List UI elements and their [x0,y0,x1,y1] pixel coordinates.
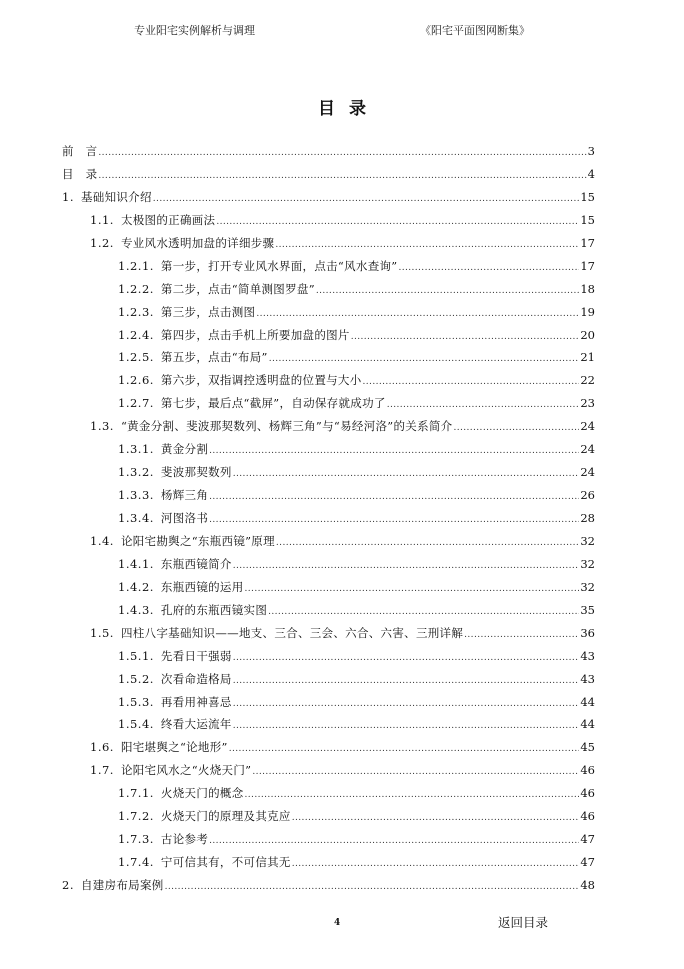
toc-entry[interactable]: 1.4.论阳宅勘舆之“东瓶西镜”原理32 [62,533,595,556]
dot-leader [209,515,579,525]
toc-entry-page: 17 [580,259,595,273]
toc-entry-title: 阳宅堪舆之“论地形” [121,739,228,755]
dot-leader [233,721,580,731]
dot-leader [233,676,580,686]
dot-leader [275,240,579,250]
toc-entry[interactable]: 1.3.3.杨辉三角26 [62,487,595,510]
back-to-toc-link[interactable]: 返回目录 [498,913,548,931]
toc-entry-number: 1.2.6. [118,373,154,387]
toc-entry-number: 1.7.1. [118,786,154,800]
toc-entry[interactable]: 1.4.2.东瓶西镜的运用32 [62,579,595,602]
toc-entry[interactable]: 2.自建房布局案例48 [62,877,595,900]
toc-entry-title: 河图洛书 [161,510,208,526]
toc-entry[interactable]: 1.2.专业风水透明加盘的详细步骤17 [62,235,595,258]
toc-entry-number: 1.3.2. [118,465,154,479]
toc-entry-number: 1.5.3. [118,695,154,709]
toc-entry-page: 19 [580,305,595,319]
toc-entry[interactable]: 1.基础知识介绍15 [62,189,595,212]
toc-entry-number: 1.3. [90,419,114,433]
toc-entry-number: 1.7.2. [118,809,154,823]
toc-entry-page: 47 [580,832,595,846]
toc-entry-number: 1.6. [90,740,114,754]
toc-entry-number: 1.3.4. [118,511,154,525]
dot-leader [316,286,579,296]
toc-entry-title: 次看命造格局 [161,671,232,687]
toc-entry[interactable]: 1.2.5.第五步，点击“布局”21 [62,349,595,372]
toc-entry-number: 1.4. [90,534,114,548]
toc-entry-page: 32 [580,557,595,571]
toc-entry-page: 24 [580,419,595,433]
toc-entry-page: 48 [580,878,595,892]
toc-entry-title: 第三步，点击测图 [161,304,255,320]
toc-entry-number: 1.3.3. [118,488,154,502]
toc-entry-number: 1.7.4. [118,855,154,869]
dot-leader [233,469,580,479]
toc-entry[interactable]: 1.5.4.终看大运流年44 [62,716,595,739]
dot-leader [256,309,579,319]
dot-leader [233,561,580,571]
toc-entry-title: 东瓶西镜的运用 [161,579,244,595]
toc-entry-page: 47 [580,855,595,869]
toc-entry-title: 前 言 [62,143,97,159]
dot-leader [252,767,579,777]
toc-entry[interactable]: 1.3.4.河图洛书28 [62,510,595,533]
page-title: 目录 [0,94,684,119]
toc-entry-title: 第七步，最后点“截屏”，自动保存就成功了 [161,395,386,411]
toc-entry-title: 专业风水透明加盘的详细步骤 [121,235,274,251]
toc-entry[interactable]: 1.1.太极图的正确画法15 [62,212,595,235]
toc-entry[interactable]: 1.5.1.先看日干强弱43 [62,648,595,671]
dot-leader [98,148,586,158]
toc-entry-page: 43 [580,672,595,686]
toc-entry-number: 1.5.4. [118,717,154,731]
dot-leader [209,446,579,456]
toc-entry-page: 22 [580,373,595,387]
toc-entry-page: 26 [580,488,595,502]
dot-leader [229,744,580,754]
toc-entry-title: 第五步，点击“布局” [161,349,268,365]
toc-entry-title: 斐波那契数列 [161,464,232,480]
toc-entry-title: 论阳宅勘舆之“东瓶西镜”原理 [121,533,275,549]
running-header-right: 《阳宅平面图网断集》 [420,22,530,38]
toc-entry[interactable]: 1.2.3.第三步，点击测图19 [62,304,595,327]
toc-entry-title: 第二步，点击“简单测图罗盘” [161,281,315,297]
toc-entry-number: 1.4.2. [118,580,154,594]
toc-entry-title: 终看大运流年 [161,716,232,732]
dot-leader [216,217,579,227]
toc-entry[interactable]: 1.4.3.孔府的东瓶西镜实图35 [62,602,595,625]
toc-entry-title: 杨辉三角 [161,487,208,503]
toc-entry[interactable]: 1.7.3.古论参考47 [62,831,595,854]
dot-leader [351,332,580,342]
toc-entry-title: 古论参考 [161,831,208,847]
toc-entry-page: 46 [580,809,595,823]
toc-entry-title: 四柱八字基础知识——地支、三合、三会、六合、六害、三刑详解 [121,625,463,641]
toc-entry-page: 44 [580,717,595,731]
toc-entry-number: 1.1. [90,213,114,227]
toc-entry-page: 46 [580,763,595,777]
toc-entry-page: 18 [580,282,595,296]
toc-entry-number: 1.7.3. [118,832,154,846]
toc-entry-title: 再看用神喜忌 [161,694,232,710]
toc-entry-page: 46 [580,786,595,800]
toc-entry-title: 黄金分割 [161,441,208,457]
toc-entry-page: 17 [580,236,595,250]
toc-entry-number: 1.2.2. [118,282,154,296]
toc-entry-title: 第四步，点击手机上所要加盘的图片 [161,327,350,343]
toc-entry-page: 45 [580,740,595,754]
toc-entry-page: 4 [588,167,595,181]
toc-entry-number: 1.4.1. [118,557,154,571]
toc-entry-page: 15 [580,190,595,204]
dot-leader [233,653,580,663]
toc-entry-title: 第六步，双指调控透明盘的位置与大小 [161,372,362,388]
toc-entry-page: 28 [580,511,595,525]
toc-entry-number: 1.7. [90,763,114,777]
toc-entry-page: 24 [580,465,595,479]
toc-entry-number: 1.4.3. [118,603,154,617]
toc-entry[interactable]: 1.2.2.第二步，点击“简单测图罗盘”18 [62,281,595,304]
dot-leader [292,859,580,869]
toc-entry-page: 43 [580,649,595,663]
toc-entry[interactable]: 1.2.6.第六步，双指调控透明盘的位置与大小22 [62,372,595,395]
running-header-left: 专业阳宅实例解析与调理 [134,22,255,38]
toc-entry-title: 目 录 [62,166,97,182]
dot-leader [276,538,579,548]
dot-leader [233,699,580,709]
dot-leader [464,630,579,640]
toc-entry[interactable]: 1.2.1.第一步，打开专业风水界面，点击“风水查询”17 [62,258,595,281]
toc-entry-page: 3 [588,144,595,158]
toc-entry-number: 1.2.3. [118,305,154,319]
toc-entry-page: 32 [580,580,595,594]
toc-entry-title: 论阳宅风水之“火烧天门” [121,762,251,778]
dot-leader [387,400,580,410]
toc-entry-number: 1.5. [90,626,114,640]
toc-entry-number: 1.2. [90,236,114,250]
toc-entry[interactable]: 1.7.1.火烧天门的概念46 [62,785,595,808]
toc-entry-title: 孔府的东瓶西镜实图 [161,602,267,618]
toc-entry-title: 宁可信其有，不可信其无 [161,854,291,870]
toc-entry-number: 1.2.7. [118,396,154,410]
toc-entry-page: 32 [580,534,595,548]
toc-entry-title: 第一步，打开专业风水界面，点击“风水查询” [161,258,398,274]
page-number: 4 [334,918,340,928]
toc-entry-number: 1. [62,190,74,204]
toc-entry-title: 先看日干强弱 [161,648,232,664]
toc-entry-number: 1.2.1. [118,259,154,273]
toc-entry[interactable]: 1.2.7.第七步，最后点“截屏”，自动保存就成功了23 [62,395,595,418]
table-of-contents: 前 言3目 录41.基础知识介绍151.1.太极图的正确画法151.2.专业风水… [62,143,595,900]
dot-leader [153,194,580,204]
toc-entry-number: 2. [62,878,74,892]
toc-entry[interactable]: 1.7.论阳宅风水之“火烧天门”46 [62,762,595,785]
toc-entry[interactable]: 1.3.1.黄金分割24 [62,441,595,464]
dot-leader [292,813,580,823]
dot-leader [453,423,579,433]
dot-leader [209,836,579,846]
dot-leader [269,354,580,364]
toc-entry[interactable]: 1.3.“黄金分割、斐波那契数列、杨辉三角”与“易经河洛”的关系简介24 [62,418,595,441]
dot-leader [363,377,580,387]
toc-entry-title: 火烧天门的原理及其克应 [161,808,291,824]
toc-entry[interactable]: 1.4.1.东瓶西镜简介32 [62,556,595,579]
toc-entry-title: 基础知识介绍 [81,189,152,205]
toc-entry[interactable]: 1.2.4.第四步，点击手机上所要加盘的图片20 [62,327,595,350]
toc-entry-page: 35 [580,603,595,617]
toc-entry[interactable]: 1.5.四柱八字基础知识——地支、三合、三会、六合、六害、三刑详解36 [62,625,595,648]
toc-entry[interactable]: 目 录4 [62,166,595,189]
toc-entry[interactable]: 前 言3 [62,143,595,166]
toc-entry-page: 23 [580,396,595,410]
toc-entry-number: 1.3.1. [118,442,154,456]
dot-leader [245,790,580,800]
dot-leader [268,607,579,617]
toc-entry-number: 1.5.1. [118,649,154,663]
toc-entry-page: 36 [580,626,595,640]
toc-entry[interactable]: 1.5.2.次看命造格局43 [62,671,595,694]
toc-entry[interactable]: 1.6.阳宅堪舆之“论地形”45 [62,739,595,762]
dot-leader [209,492,579,502]
dot-leader [398,263,579,273]
dot-leader [165,882,580,892]
toc-entry-page: 15 [580,213,595,227]
toc-entry-title: “黄金分割、斐波那契数列、杨辉三角”与“易经河洛”的关系简介 [121,418,453,434]
toc-entry-page: 24 [580,442,595,456]
dot-leader [245,584,580,594]
toc-entry[interactable]: 1.5.3.再看用神喜忌44 [62,694,595,717]
toc-entry-page: 44 [580,695,595,709]
toc-entry-page: 21 [580,350,595,364]
toc-entry-title: 火烧天门的概念 [161,785,244,801]
toc-entry-number: 1.2.4. [118,328,154,342]
toc-entry-title: 东瓶西镜简介 [161,556,232,572]
toc-entry-page: 20 [580,328,595,342]
toc-entry-number: 1.2.5. [118,350,154,364]
toc-entry-title: 自建房布局案例 [81,877,164,893]
dot-leader [98,171,586,181]
toc-entry[interactable]: 1.7.2.火烧天门的原理及其克应46 [62,808,595,831]
toc-entry[interactable]: 1.7.4.宁可信其有，不可信其无47 [62,854,595,877]
toc-entry[interactable]: 1.3.2.斐波那契数列24 [62,464,595,487]
toc-entry-title: 太极图的正确画法 [121,212,215,228]
toc-entry-number: 1.5.2. [118,672,154,686]
